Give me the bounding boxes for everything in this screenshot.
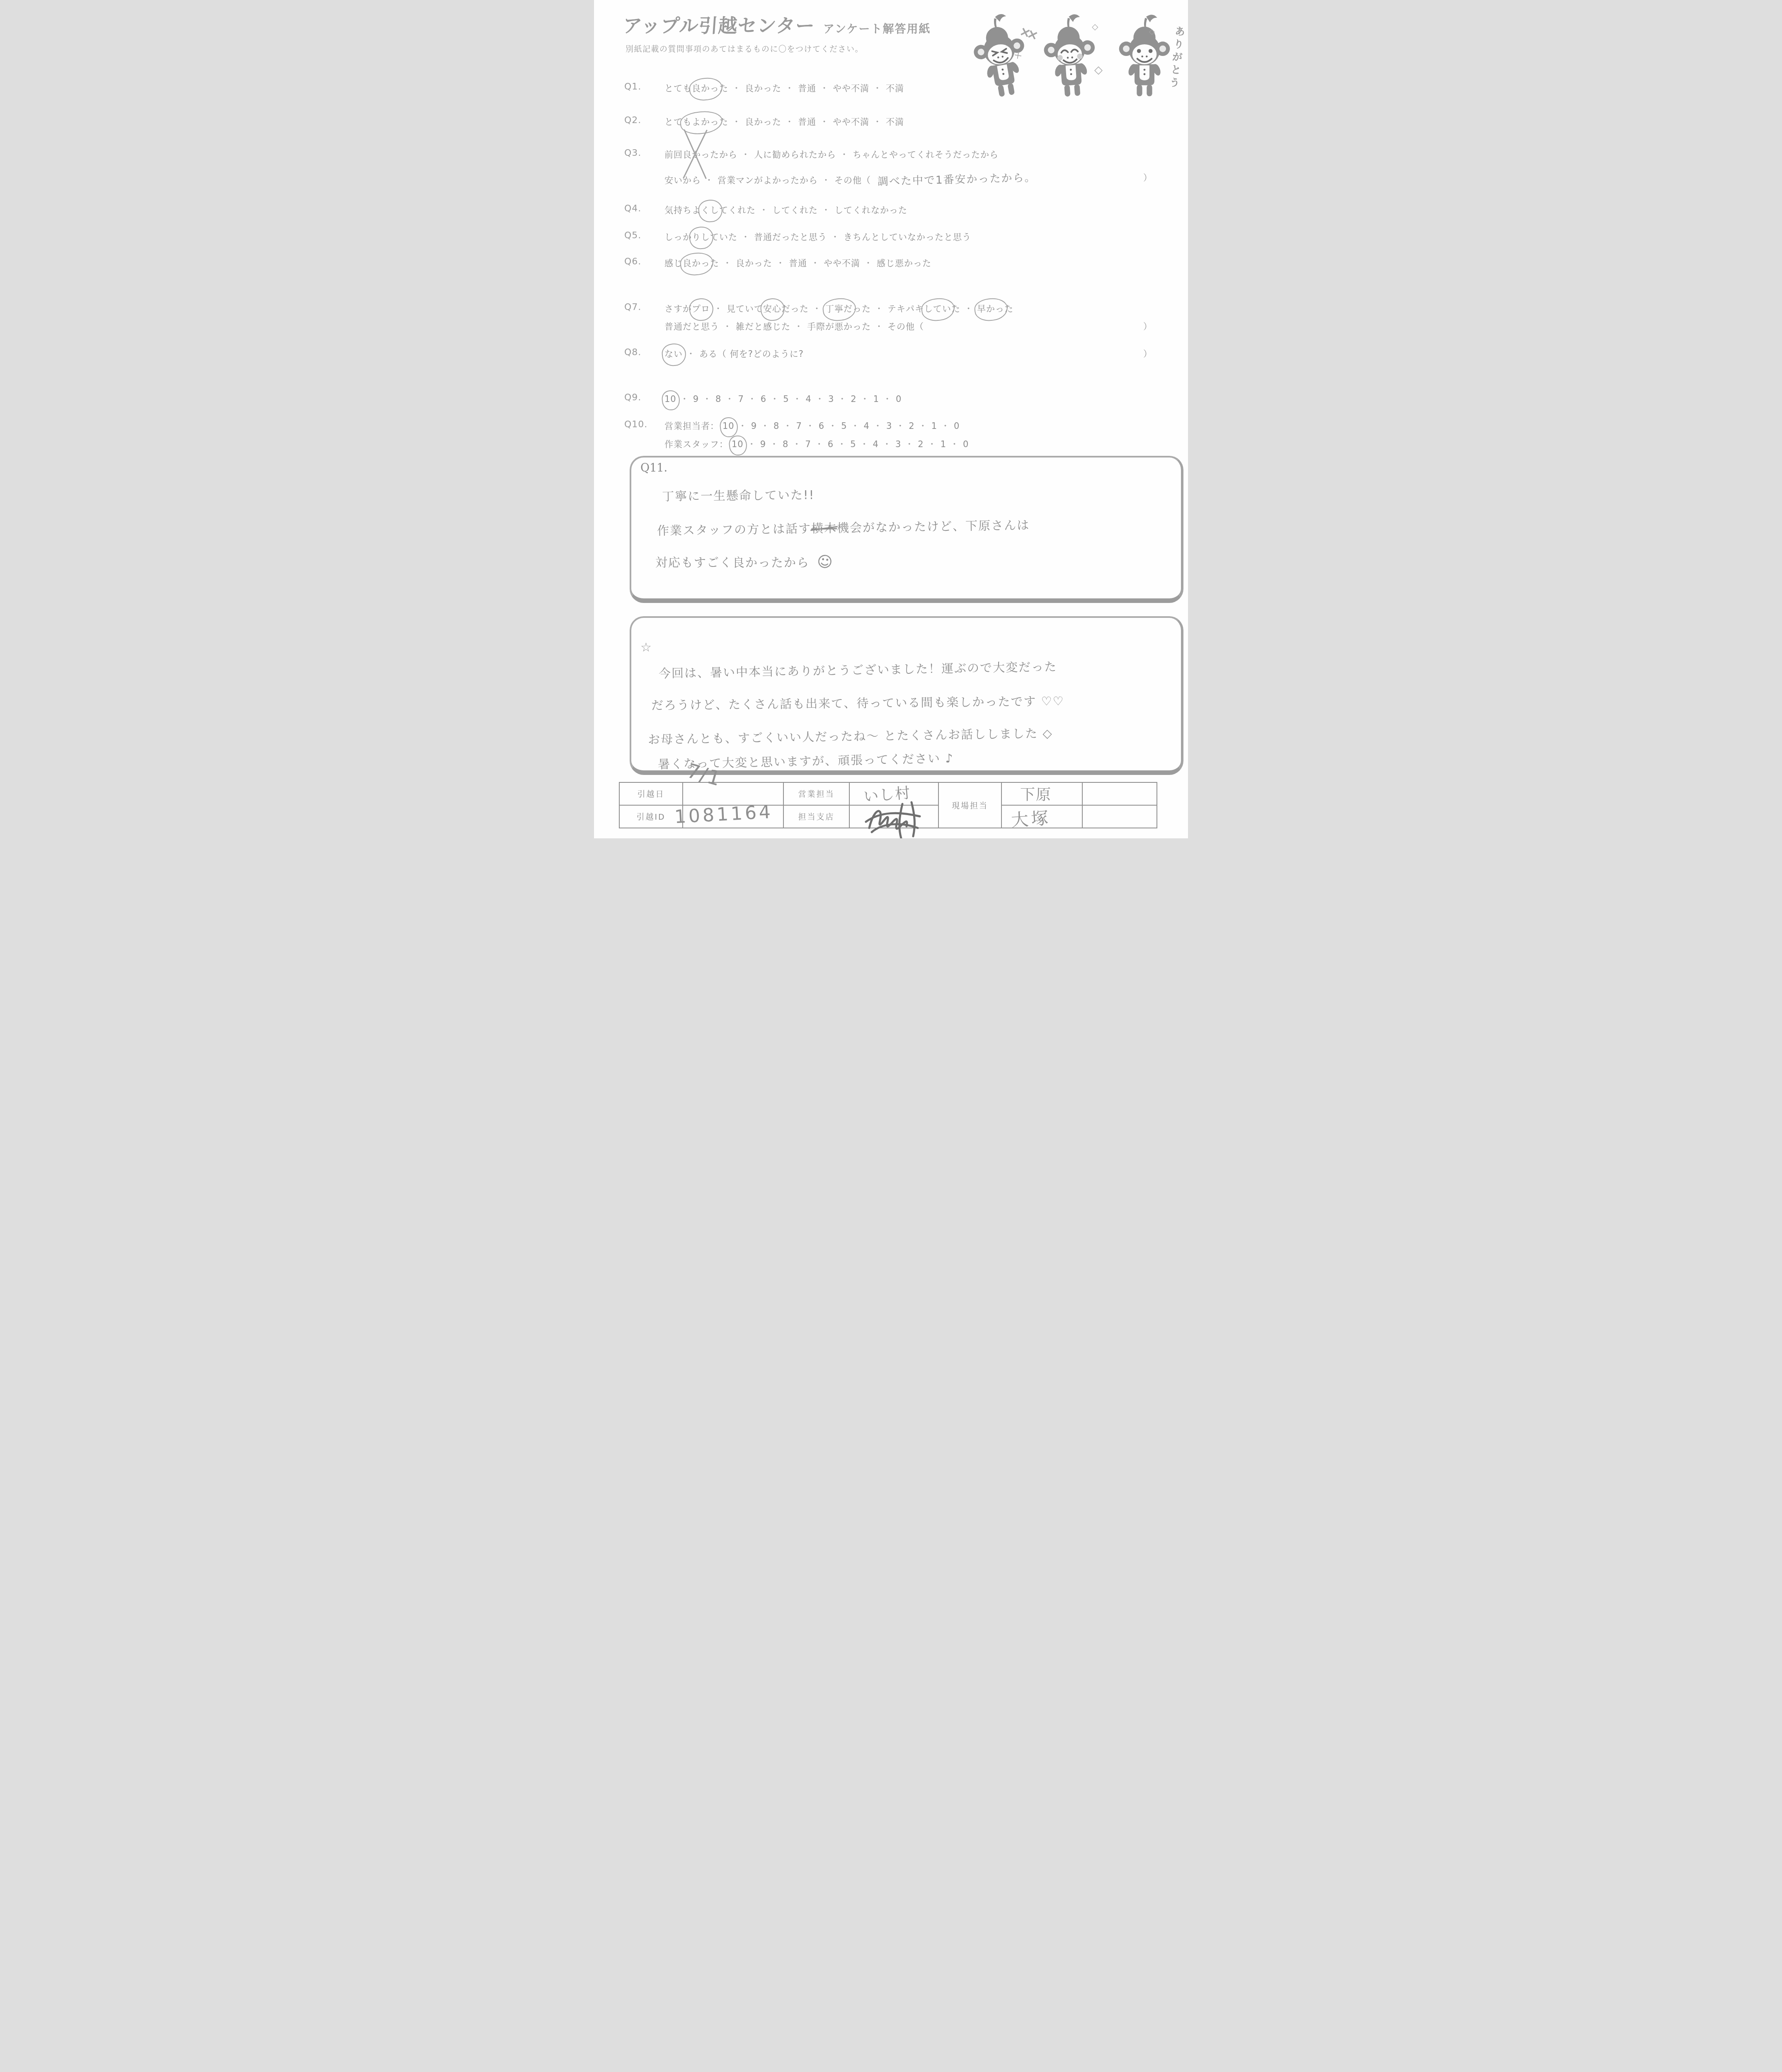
separator: ・ bbox=[896, 421, 905, 431]
separator: ・ bbox=[794, 322, 803, 332]
option: ある（ 何を?どのように? bbox=[699, 349, 804, 359]
separator: ・ bbox=[759, 205, 769, 215]
option-text: 0 bbox=[896, 394, 902, 404]
options: 営業担当者：10・9・8・7・6・5・4・3・2・1・0 bbox=[664, 419, 960, 432]
separator: ・ bbox=[928, 439, 937, 449]
circle-mark: 良かっ bbox=[692, 82, 719, 94]
question-label: Q10. bbox=[624, 419, 647, 430]
option-text: してくれなかった bbox=[834, 205, 907, 215]
scribbled-branch-entry-icon bbox=[862, 799, 924, 838]
q11-comment-box: Q11. 丁寧に一生懸命していた!!作業スタッフの方とは話す横木機会がなかったけ… bbox=[630, 456, 1183, 603]
separator: ・ bbox=[919, 421, 928, 431]
separator: ・ bbox=[792, 439, 801, 449]
option: 9 bbox=[751, 421, 757, 431]
option-text: 良かった bbox=[745, 83, 781, 93]
option-text: してくれた bbox=[772, 205, 818, 215]
option: 8 bbox=[715, 394, 721, 404]
option-text: 不満 bbox=[886, 83, 904, 93]
separator: ・ bbox=[776, 258, 785, 268]
option: 雑だと感じた bbox=[736, 322, 790, 332]
option: 不満 bbox=[886, 117, 904, 127]
survey-sheet: アップル引越センター アンケート解答用紙 別紙記載の質問事項のあてはまるものに〇… bbox=[594, 0, 1188, 838]
separator: ・ bbox=[964, 304, 973, 314]
circle-mark: 良かっ bbox=[683, 257, 710, 269]
option-text: 9 bbox=[760, 439, 766, 449]
option: 4 bbox=[806, 394, 812, 404]
option: 5 bbox=[850, 439, 856, 449]
separator: ・ bbox=[705, 175, 714, 185]
option-text: 感じ悪かった bbox=[877, 258, 931, 268]
handwritten-site-rep-2: 大塚 bbox=[1010, 804, 1052, 832]
separator: ・ bbox=[783, 421, 792, 431]
separator: ・ bbox=[785, 117, 794, 127]
option: テキパキしていた bbox=[887, 304, 960, 314]
q11-comment-line: 作業スタッフの方とは話す横木機会がなかったけど、下原さんは bbox=[657, 516, 1030, 539]
separator: ・ bbox=[732, 83, 741, 93]
options: とてもよかった・良かった・普通・やや不満・不満 bbox=[664, 115, 904, 128]
separator: ・ bbox=[875, 322, 884, 332]
handwritten-site-rep-1: 下原 bbox=[1020, 783, 1052, 804]
separator: ・ bbox=[950, 439, 959, 449]
option-text: 7 bbox=[805, 439, 811, 449]
option-text: た bbox=[710, 258, 719, 268]
separator: ・ bbox=[703, 394, 712, 404]
separator: ・ bbox=[851, 421, 860, 431]
question-label: Q4. bbox=[624, 203, 641, 214]
option-text: 営業マンがよかったから bbox=[718, 175, 818, 185]
separator: ・ bbox=[732, 117, 741, 127]
option-text: てくれた bbox=[719, 205, 756, 215]
separator: ・ bbox=[815, 394, 824, 404]
question-row-q9: Q9.10・9・8・7・6・5・4・3・2・1・0 bbox=[594, 392, 1188, 407]
option: 7 bbox=[805, 439, 811, 449]
separator: ・ bbox=[905, 439, 914, 449]
option: 良かった bbox=[745, 83, 781, 93]
option-text: 前回 bbox=[664, 150, 683, 160]
free-comment-line: 今回は、暑い中本当にありがとうございました！運ぶので大変だった bbox=[659, 658, 1057, 682]
option: 普通 bbox=[798, 83, 816, 93]
separator: ・ bbox=[770, 439, 779, 449]
option: 10 bbox=[664, 394, 676, 404]
option-text: 2 bbox=[918, 439, 924, 449]
label-site-rep: 現場担当 bbox=[938, 782, 1001, 828]
option-text: やや不満 bbox=[833, 117, 869, 127]
options: ない・ある（ 何を?どのように? bbox=[664, 347, 804, 360]
option-text: 5 bbox=[850, 439, 856, 449]
option-text: 良かった bbox=[736, 258, 772, 268]
option: 8 bbox=[773, 421, 779, 431]
option-text: さすが bbox=[664, 304, 692, 314]
option: しっかりしていた bbox=[664, 232, 737, 242]
separator: ・ bbox=[883, 439, 892, 449]
separator: ・ bbox=[761, 421, 770, 431]
option-text: その他（ bbox=[887, 322, 924, 332]
option: 4 bbox=[864, 421, 870, 431]
option: 前回良かったから bbox=[664, 150, 737, 160]
option: 不満 bbox=[886, 83, 904, 93]
paren-close: ） bbox=[1143, 171, 1152, 184]
option-text: やや不満 bbox=[833, 83, 869, 93]
option-text: 6 bbox=[819, 421, 824, 431]
option-text: 1 bbox=[941, 439, 946, 449]
option-text: 0 bbox=[963, 439, 969, 449]
question-label: Q2. bbox=[624, 115, 641, 126]
sparkle-icon: ◇ bbox=[1092, 22, 1098, 31]
question-row-q6: Q6.感じ良かった・良かった・普通・やや不満・感じ悪かった bbox=[594, 257, 1188, 271]
separator: ・ bbox=[725, 394, 734, 404]
option-text: テキパキ bbox=[887, 304, 924, 314]
option-text: 普通だと思う bbox=[664, 322, 719, 332]
separator: ・ bbox=[747, 439, 756, 449]
handwritten-text: 作業スタッフの方とは話す bbox=[657, 521, 812, 538]
option: 普通だったと思う bbox=[754, 232, 827, 242]
scale-prefix: 営業担当者： bbox=[664, 421, 719, 431]
options: しっかりしていた・普通だったと思う・きちんとしていなかったと思う bbox=[664, 230, 971, 243]
separator: ・ bbox=[812, 304, 822, 314]
separator: ・ bbox=[941, 421, 950, 431]
option-text: 6 bbox=[761, 394, 766, 404]
option: きちんとしていなかったと思う bbox=[844, 232, 971, 242]
question-row-q7-2: 普通だと思う・雑だと感じた・手際が悪かった・その他（） bbox=[594, 320, 1188, 335]
option-text: 1 bbox=[873, 394, 879, 404]
label-move-id: 引越ID bbox=[619, 805, 683, 828]
option-text: た bbox=[1004, 304, 1013, 314]
question-label: Q8. bbox=[624, 347, 641, 358]
option: その他（ bbox=[834, 175, 871, 185]
circle-mark: もよかっ bbox=[683, 115, 719, 128]
question-label: Q7. bbox=[624, 302, 641, 312]
form-title: アンケート解答用紙 bbox=[823, 20, 931, 38]
separator: ・ bbox=[723, 258, 732, 268]
option-text: その他（ bbox=[834, 175, 871, 185]
question-row-q5: Q5.しっかりしていた・普通だったと思う・きちんとしていなかったと思う bbox=[594, 230, 1188, 245]
option-text: しっか bbox=[664, 232, 692, 242]
option: 10 bbox=[722, 421, 735, 431]
option-text: 9 bbox=[751, 421, 757, 431]
option: 気持ちよくしてくれた bbox=[664, 205, 756, 215]
circle-mark: 10 bbox=[722, 421, 735, 431]
option-text: だった bbox=[781, 304, 809, 314]
q11-label: Q11. bbox=[640, 462, 667, 474]
option-text: 不満 bbox=[886, 117, 904, 127]
option: 安いから bbox=[664, 175, 701, 185]
option: 普通 bbox=[798, 117, 816, 127]
cross-mark: 良かっ bbox=[683, 148, 710, 160]
options: 作業スタッフ：10・9・8・7・6・5・4・3・2・1・0 bbox=[664, 438, 969, 450]
header: アップル引越センター アンケート解答用紙 bbox=[623, 11, 931, 38]
option-text: った bbox=[853, 304, 871, 314]
option: やや不満 bbox=[833, 83, 869, 93]
options: 気持ちよくしてくれた・してくれた・してくれなかった bbox=[664, 203, 907, 216]
smiley-icon: ☺ bbox=[816, 552, 834, 571]
separator: ・ bbox=[785, 83, 794, 93]
separator: ・ bbox=[873, 83, 882, 93]
option: 10 bbox=[732, 439, 744, 449]
handwritten-text: 丁寧に一生懸命していた!! bbox=[662, 488, 815, 503]
separator: ・ bbox=[873, 421, 883, 431]
separator: ・ bbox=[793, 394, 802, 404]
option: その他（ bbox=[887, 322, 924, 332]
option: 3 bbox=[895, 439, 901, 449]
option: さすがプロ bbox=[664, 304, 710, 314]
question-row-q3-2: 安いから・営業マンがよかったから・その他（調べた中で1番安かったから。） bbox=[594, 171, 1188, 186]
option: 9 bbox=[760, 439, 766, 449]
separator: ・ bbox=[820, 117, 829, 127]
question-label: Q5. bbox=[624, 230, 641, 241]
option-text: 普通だったと思う bbox=[754, 232, 827, 242]
option: 5 bbox=[783, 394, 789, 404]
option-text: 7 bbox=[796, 421, 802, 431]
circle-mark: してい bbox=[924, 302, 951, 315]
option-text: 安いから bbox=[664, 175, 701, 185]
separator: ・ bbox=[811, 258, 820, 268]
option: とても良かった bbox=[664, 83, 728, 93]
option: 4 bbox=[873, 439, 879, 449]
options: 前回良かったから・人に勧められたから・ちゃんとやってくれそうだったから bbox=[664, 148, 999, 160]
option-text: 4 bbox=[806, 394, 812, 404]
option-text: 8 bbox=[783, 439, 788, 449]
option: 0 bbox=[954, 421, 960, 431]
separator: ・ bbox=[828, 421, 837, 431]
option: 2 bbox=[851, 394, 856, 404]
circle-mark: 10 bbox=[732, 439, 744, 449]
option-text: 6 bbox=[828, 439, 834, 449]
separator: ・ bbox=[686, 349, 696, 359]
option: 1 bbox=[873, 394, 879, 404]
separator: ・ bbox=[837, 439, 846, 449]
option-text: 1 bbox=[931, 421, 937, 431]
option: 1 bbox=[931, 421, 937, 431]
option-text: たから bbox=[710, 150, 737, 160]
separator: ・ bbox=[820, 83, 829, 93]
circle-mark: 10 bbox=[664, 394, 676, 404]
option: 2 bbox=[909, 421, 914, 431]
option: 感じ良かった bbox=[664, 258, 719, 268]
option: ない bbox=[664, 349, 683, 359]
option-text: 普通 bbox=[798, 83, 816, 93]
option-text: た bbox=[719, 83, 728, 93]
separator: ・ bbox=[864, 258, 873, 268]
cell-extra-2 bbox=[1082, 805, 1157, 828]
scale-prefix: 作業スタッフ： bbox=[664, 439, 728, 449]
option: 営業マンがよかったから bbox=[718, 175, 818, 185]
options: 普通だと思う・雑だと感じた・手際が悪かった・その他（ bbox=[664, 320, 924, 332]
options: 安いから・営業マンがよかったから・その他（調べた中で1番安かったから。 bbox=[664, 171, 1036, 186]
star-icon: ☆ bbox=[640, 640, 652, 655]
options: 10・9・8・7・6・5・4・3・2・1・0 bbox=[664, 392, 902, 405]
option-text: 4 bbox=[864, 421, 870, 431]
option-text: 7 bbox=[738, 394, 744, 404]
question-label: Q9. bbox=[624, 392, 641, 403]
option: 6 bbox=[819, 421, 824, 431]
circle-mark: 丁寧だ bbox=[825, 302, 853, 315]
option: 0 bbox=[963, 439, 969, 449]
option-text: 8 bbox=[773, 421, 779, 431]
option-text: とて bbox=[664, 117, 683, 127]
circle-mark: りし bbox=[692, 230, 710, 243]
handwritten-text: 対応もすごく良かったから bbox=[655, 556, 810, 570]
free-comment-line: お母さんとも、すごくいい人だったね～ とたくさんお話ししました ◇ bbox=[648, 724, 1053, 747]
option: 8 bbox=[783, 439, 788, 449]
option: 7 bbox=[796, 421, 802, 431]
option-text: 3 bbox=[895, 439, 901, 449]
option-text: 3 bbox=[828, 394, 834, 404]
option: 6 bbox=[828, 439, 834, 449]
option-text: 人に勧められたから bbox=[754, 150, 836, 160]
options: とても良かった・良かった・普通・やや不満・不満 bbox=[664, 82, 904, 94]
separator: ・ bbox=[875, 304, 884, 314]
option-text: 感じ bbox=[664, 258, 683, 268]
question-row-q3-1: Q3.前回良かったから・人に勧められたから・ちゃんとやってくれそうだったから bbox=[594, 148, 1188, 163]
separator: ・ bbox=[748, 394, 757, 404]
option: 9 bbox=[693, 394, 699, 404]
option: やや不満 bbox=[833, 117, 869, 127]
paren-close: ） bbox=[1143, 347, 1152, 360]
option-text: 5 bbox=[841, 421, 847, 431]
label-sales-rep: 営業担当 bbox=[783, 782, 849, 805]
question-row-q4: Q4.気持ちよくしてくれた・してくれた・してくれなかった bbox=[594, 203, 1188, 218]
option-text: 普通 bbox=[789, 258, 807, 268]
question-row-q1: Q1.とても良かった・良かった・普通・やや不満・不満 bbox=[594, 82, 1188, 97]
free-comment-box: ☆ 今回は、暑い中本当にありがとうございました！運ぶので大変だっただろうけど、た… bbox=[630, 616, 1183, 775]
question-row-q10-2: 作業スタッフ：10・9・8・7・6・5・4・3・2・1・0 bbox=[594, 438, 1188, 453]
separator: ・ bbox=[860, 439, 869, 449]
option: 普通だと思う bbox=[664, 322, 719, 332]
option: 3 bbox=[828, 394, 834, 404]
option: してくれなかった bbox=[834, 205, 907, 215]
option-text: 雑だと感じた bbox=[736, 322, 790, 332]
option-text: とても bbox=[664, 83, 692, 93]
question-label: Q6. bbox=[624, 257, 641, 267]
option: 良かった bbox=[745, 117, 781, 127]
separator: ・ bbox=[815, 439, 824, 449]
option: やや不満 bbox=[824, 258, 860, 268]
separator: ・ bbox=[861, 394, 870, 404]
separator: ・ bbox=[822, 175, 831, 185]
separator: ・ bbox=[680, 394, 689, 404]
option: 3 bbox=[886, 421, 892, 431]
instruction-text: 別紙記載の質問事項のあてはまるものに〇をつけてください。 bbox=[626, 43, 863, 54]
option-text: ていた bbox=[710, 232, 737, 242]
option: 普通 bbox=[789, 258, 807, 268]
options: さすがプロ・見ていて安心だった・丁寧だった・テキパキしていた・早かった bbox=[664, 302, 1013, 315]
label-move-date: 引越日 bbox=[619, 782, 683, 805]
question-label: Q3. bbox=[624, 148, 641, 158]
separator: ・ bbox=[838, 394, 847, 404]
option-text: 4 bbox=[873, 439, 879, 449]
option-text: ちゃんとやってくれそうだったから bbox=[853, 150, 999, 160]
option-text: 2 bbox=[851, 394, 856, 404]
option: 手際が悪かった bbox=[807, 322, 871, 332]
separator: ・ bbox=[873, 117, 882, 127]
option: 早かった bbox=[977, 304, 1013, 314]
option-text: 9 bbox=[693, 394, 699, 404]
option: 6 bbox=[761, 394, 766, 404]
option-text: 5 bbox=[783, 394, 789, 404]
option-text: やや不満 bbox=[824, 258, 860, 268]
option: ちゃんとやってくれそうだったから bbox=[853, 150, 999, 160]
option-text: 0 bbox=[954, 421, 960, 431]
option: 7 bbox=[738, 394, 744, 404]
cell-extra-1 bbox=[1082, 782, 1157, 805]
options: 感じ良かった・良かった・普通・やや不満・感じ悪かった bbox=[664, 257, 931, 269]
separator: ・ bbox=[738, 421, 747, 431]
separator: ・ bbox=[741, 150, 750, 160]
sparkle-icon: ◇ bbox=[1094, 64, 1103, 76]
crossed-out-word: 横木 bbox=[811, 521, 837, 535]
brand-logo-text: アップル引越センター bbox=[622, 11, 816, 38]
sparkle-icon: ◇ bbox=[1149, 27, 1155, 36]
option-text: た bbox=[951, 304, 960, 314]
option: 2 bbox=[918, 439, 924, 449]
option-text: 手際が悪かった bbox=[807, 322, 871, 332]
handwritten-answer: 調べた中で1番安かったから。 bbox=[878, 169, 1036, 189]
option-text: 良かった bbox=[745, 117, 781, 127]
option-text: 2 bbox=[909, 421, 914, 431]
option: 1 bbox=[941, 439, 946, 449]
option: 感じ悪かった bbox=[877, 258, 931, 268]
option-text: 3 bbox=[886, 421, 892, 431]
option: 良かった bbox=[736, 258, 772, 268]
paren-close: ） bbox=[1143, 320, 1152, 332]
option-text: た bbox=[719, 117, 728, 127]
question-label: Q1. bbox=[624, 82, 641, 92]
option: 人に勧められたから bbox=[754, 150, 836, 160]
option: とてもよかった bbox=[664, 117, 728, 127]
separator: ・ bbox=[831, 232, 840, 242]
separator: ・ bbox=[806, 421, 815, 431]
option-text: 普通 bbox=[798, 117, 816, 127]
circle-mark: ない bbox=[664, 347, 683, 360]
separator: ・ bbox=[741, 232, 750, 242]
circle-mark: プロ bbox=[692, 302, 710, 315]
option-text: 見ていて bbox=[727, 304, 763, 314]
circle-mark: 早かっ bbox=[977, 302, 1004, 315]
circle-mark: 安心 bbox=[763, 302, 781, 315]
option: 見ていて安心だった bbox=[727, 304, 809, 314]
option-text: 気持ちよ bbox=[664, 205, 701, 215]
question-row-q7-1: Q7.さすがプロ・見ていて安心だった・丁寧だった・テキパキしていた・早かった bbox=[594, 302, 1188, 317]
separator: ・ bbox=[883, 394, 892, 404]
q11-comment-line: 対応もすごく良かったから☺ bbox=[655, 554, 834, 571]
separator: ・ bbox=[714, 304, 723, 314]
separator: ・ bbox=[822, 205, 831, 215]
question-row-q2: Q2.とてもよかった・良かった・普通・やや不満・不満 bbox=[594, 115, 1188, 130]
separator: ・ bbox=[840, 150, 849, 160]
option: 丁寧だった bbox=[825, 304, 871, 314]
free-comment-line: だろうけど、たくさん話も出来て、待っている間も楽しかったです ♡♡ bbox=[651, 692, 1064, 713]
option-text: きちんとしていなかったと思う bbox=[844, 232, 971, 242]
handwritten-text: 機会がなかったけど、下原さんは bbox=[837, 518, 1030, 535]
circle-mark: くし bbox=[701, 203, 719, 216]
option-text: 8 bbox=[715, 394, 721, 404]
q11-comment-line: 丁寧に一生懸命していた!! bbox=[662, 486, 815, 504]
label-branch: 担当支店 bbox=[783, 805, 849, 828]
option: してくれた bbox=[772, 205, 818, 215]
separator: ・ bbox=[723, 322, 732, 332]
option: 0 bbox=[896, 394, 902, 404]
question-row-q10-1: Q10.営業担当者：10・9・8・7・6・5・4・3・2・1・0 bbox=[594, 419, 1188, 434]
option-text: ある（ 何を?どのように? bbox=[699, 349, 804, 359]
question-row-q8: Q8.ない・ある（ 何を?どのように?） bbox=[594, 347, 1188, 362]
separator: ・ bbox=[770, 394, 779, 404]
option: 5 bbox=[841, 421, 847, 431]
